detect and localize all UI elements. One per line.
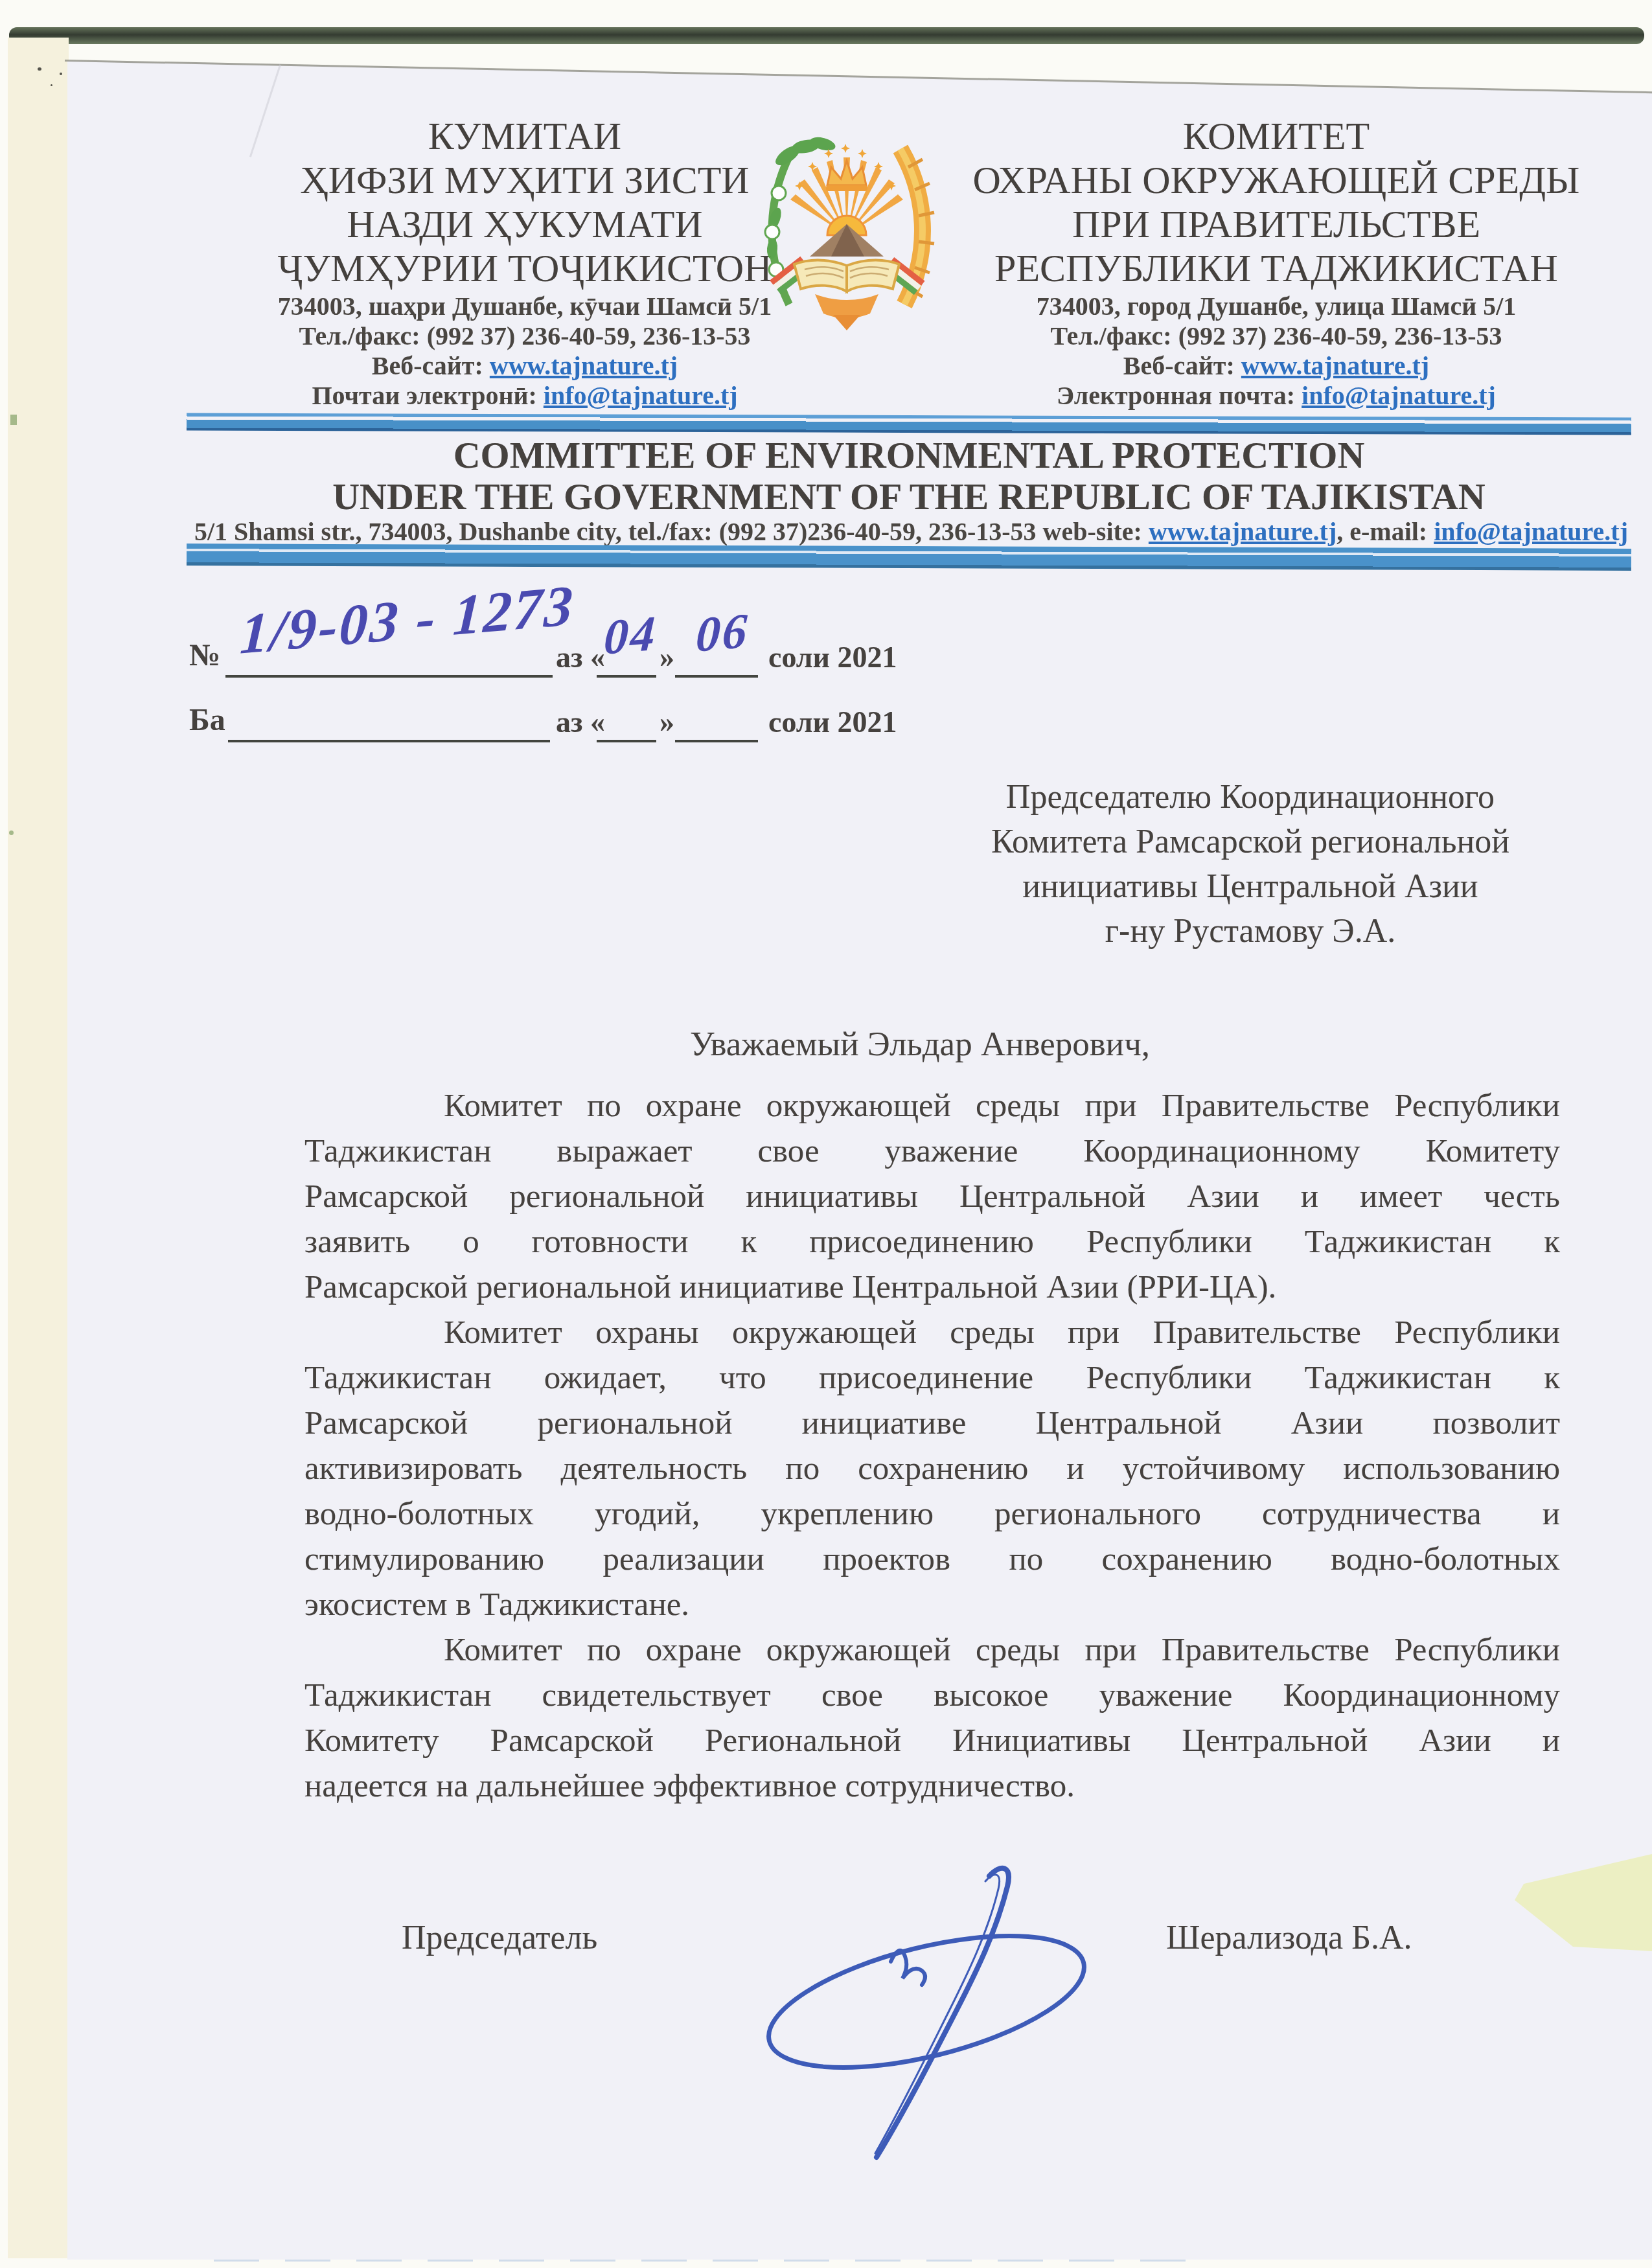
org-name-line: КУМИТАИ bbox=[230, 114, 820, 158]
body-line: активизировать деятельность по сохранени… bbox=[304, 1446, 1560, 1491]
addressee-line: инициативы Центральной Азии bbox=[920, 864, 1581, 909]
letterhead-russian-block: КОМИТЕТ ОХРАНЫ ОКРУЖАЮЩЕЙ СРЕДЫ ПРИ ПРАВ… bbox=[952, 114, 1600, 290]
website-line: Веб-сайт: www.tajnature.tj bbox=[952, 351, 1600, 381]
org-name-line: ПРИ ПРАВИТЕЛЬСТВЕ bbox=[952, 202, 1600, 246]
body-line: Таджикистан ожидает, что присоединение Р… bbox=[304, 1355, 1560, 1401]
body-line: заявить о готовности к присоединению Рес… bbox=[304, 1219, 1560, 1265]
ba-day-blank-line bbox=[597, 706, 656, 742]
english-website-link: www.tajnature.tj bbox=[1149, 517, 1337, 546]
body-line: Комитет по охране окружающей среды при П… bbox=[304, 1627, 1560, 1673]
org-name-line: НАЗДИ ҲУКУМАТИ bbox=[230, 202, 820, 246]
website-label: Веб-сайт: bbox=[1123, 351, 1241, 380]
english-address-line: 5/1 Shamsi str., 734003, Dushanbe city, … bbox=[194, 519, 1623, 545]
letterhead-tajik-block: КУМИТАИ ҲИФЗИ МУҲИТИ ЗИСТИ НАЗДИ ҲУКУМАТ… bbox=[230, 114, 820, 290]
scan-mark bbox=[9, 830, 14, 835]
ref-day-handwritten: 04 bbox=[602, 605, 658, 667]
scan-speck bbox=[51, 84, 52, 86]
tajikistan-state-emblem bbox=[750, 122, 943, 336]
body-line: надеется на дальнейшее эффективное сотру… bbox=[304, 1763, 1560, 1809]
org-name-line: ҲИФЗИ МУҲИТИ ЗИСТИ bbox=[230, 158, 820, 202]
ba-label: Ба bbox=[189, 705, 225, 736]
ba-close-quote: » bbox=[660, 707, 674, 737]
body-line: Таджикистан свидетельствует свое высокое… bbox=[304, 1673, 1560, 1718]
scanner-edge-strip bbox=[9, 27, 1644, 44]
scan-bottom-line bbox=[214, 2260, 1199, 2262]
salutation: Уважаемый Эльдар Анверович, bbox=[577, 1025, 1263, 1064]
addressee-block: Председателю Координационного Комитета Р… bbox=[920, 775, 1581, 954]
body-line: стимулированию реализации проектов по со… bbox=[304, 1537, 1560, 1582]
org-name-line: КОМИТЕТ bbox=[952, 114, 1600, 158]
body-line: Таджикистан выражает свое уважение Коорд… bbox=[304, 1128, 1560, 1174]
scanned-letter-page: КУМИТАИ ҲИФЗИ МУҲИТИ ЗИСТИ НАЗДИ ҲУКУМАТ… bbox=[0, 0, 1652, 2268]
english-address-text: 5/1 Shamsi str., 734003, Dushanbe city, … bbox=[194, 517, 1149, 546]
body-line: Рамсарской региональной инициативе Центр… bbox=[304, 1265, 1560, 1310]
email-line: Почтаи электронӣ: info@tajnature.tj bbox=[230, 381, 820, 411]
body-line: экосистем в Таджикистане. bbox=[304, 1582, 1560, 1627]
backing-sheet-strip bbox=[8, 38, 69, 2258]
addressee-line: Комитета Рамсарской региональной bbox=[920, 819, 1581, 864]
ba-month-blank-line bbox=[675, 706, 758, 742]
letterhead-russian-contacts: 734003, город Душанбе, улица Шамсӣ 5/1 Т… bbox=[952, 292, 1600, 411]
body-line: Комитет по охране окружающей среды при П… bbox=[304, 1083, 1560, 1128]
scan-mark bbox=[10, 415, 17, 425]
scan-speck bbox=[60, 73, 62, 75]
ref-year-label: соли 2021 bbox=[768, 643, 897, 672]
handwritten-signature bbox=[696, 1864, 1156, 2169]
phone-line: Тел./факс: (992 37) 236-40-59, 236-13-53 bbox=[230, 321, 820, 351]
website-line: Веб-сайт: www.tajnature.tj bbox=[230, 351, 820, 381]
body-line: Рамсарской региональной инициативе Центр… bbox=[304, 1401, 1560, 1446]
scan-speck bbox=[38, 67, 41, 71]
signer-title: Председатель bbox=[402, 1919, 597, 1957]
ref-month-handwritten: 06 bbox=[694, 602, 750, 664]
english-title-line1: COMMITTEE OF ENVIRONMENTAL PROTECTION bbox=[194, 437, 1623, 474]
email-label: Почтаи электронӣ: bbox=[312, 381, 543, 410]
addressee-line: Председателю Координационного bbox=[920, 775, 1581, 819]
body-line: Комитет охраны окружающей среды при Прав… bbox=[304, 1310, 1560, 1355]
letter-body: Комитет по охране окружающей среды при П… bbox=[304, 1083, 1560, 1809]
english-address-text: , e-mail: bbox=[1337, 517, 1434, 546]
addressee-line: г-ну Рустамову Э.А. bbox=[920, 909, 1581, 954]
website-link: www.tajnature.tj bbox=[490, 351, 678, 380]
ba-blank-line bbox=[228, 706, 550, 742]
body-line: Рамсарской региональной инициативы Центр… bbox=[304, 1174, 1560, 1219]
email-line: Электронная почта: info@tajnature.tj bbox=[952, 381, 1600, 411]
org-name-line: РЕСПУБЛИКИ ТАДЖИКИСТАН bbox=[952, 246, 1600, 290]
email-link: info@tajnature.tj bbox=[1302, 381, 1496, 410]
signer-name: Шерализода Б.А. bbox=[1166, 1919, 1412, 1957]
email-label: Электронная почта: bbox=[1057, 381, 1302, 410]
body-line: водно-болотных угодий, укреплению регион… bbox=[304, 1491, 1560, 1537]
ba-year-label: соли 2021 bbox=[768, 707, 897, 737]
english-email-link: info@tajnature.tj bbox=[1434, 517, 1628, 546]
postal-address: 734003, город Душанбе, улица Шамсӣ 5/1 bbox=[952, 292, 1600, 321]
website-link: www.tajnature.tj bbox=[1241, 351, 1429, 380]
letterhead-tajik-contacts: 734003, шаҳри Душанбе, кӯчаи Шамсӣ 5/1 Т… bbox=[230, 292, 820, 411]
website-label: Веб-сайт: bbox=[372, 351, 490, 380]
body-line: Комитету Рамсарской Региональной Инициат… bbox=[304, 1718, 1560, 1763]
org-name-line: ҶУМҲУРИИ ТОҶИКИСТОН bbox=[230, 246, 820, 290]
postal-address: 734003, шаҳри Душанбе, кӯчаи Шамсӣ 5/1 bbox=[230, 292, 820, 321]
phone-line: Тел./факс: (992 37) 236-40-59, 236-13-53 bbox=[952, 321, 1600, 351]
ref-close-quote: » bbox=[660, 643, 674, 672]
english-title-line2: UNDER THE GOVERNMENT OF THE REPUBLIC OF … bbox=[194, 478, 1623, 516]
org-name-line: ОХРАНЫ ОКРУЖАЮЩЕЙ СРЕДЫ bbox=[952, 158, 1600, 202]
ref-no-label: № bbox=[189, 640, 220, 671]
email-link: info@tajnature.tj bbox=[544, 381, 738, 410]
